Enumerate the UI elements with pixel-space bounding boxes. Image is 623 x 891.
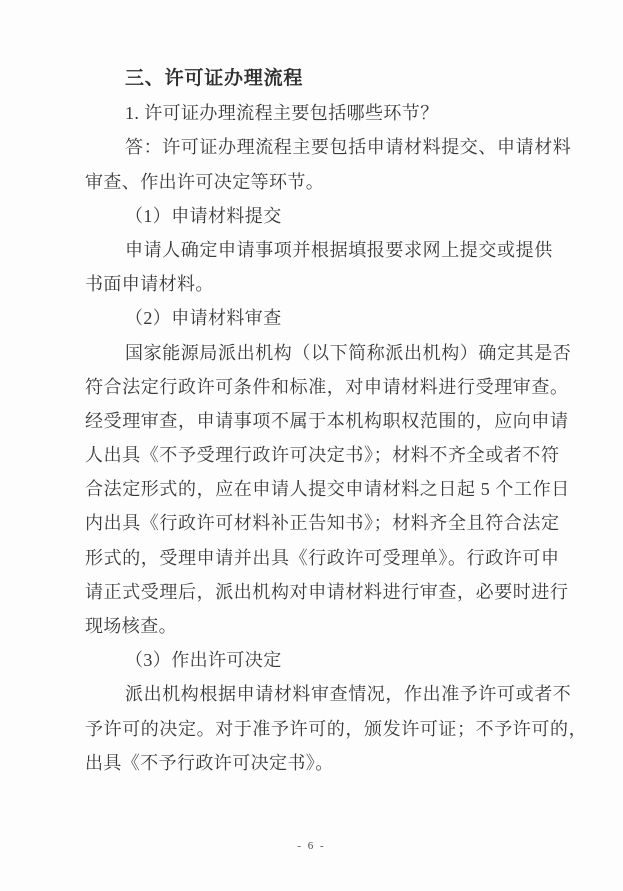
text-line: （2）申请材料审查 <box>85 301 557 335</box>
text-line: 出具《不予行政许可决定书》。 <box>85 746 557 780</box>
text-line: 1. 许可证办理流程主要包括哪些环节？ <box>85 96 557 130</box>
text-line: 符合法定行政许可条件和标准，对申请材料进行受理审查。 <box>85 370 557 404</box>
text-line: 现场核查。 <box>85 609 557 643</box>
text-line: 请正式受理后，派出机构对申请材料进行审查，必要时进行 <box>85 575 557 609</box>
text-line: 国家能源局派出机构（以下简称派出机构）确定其是否 <box>85 336 557 370</box>
text-line: 审查、作出许可决定等环节。 <box>85 165 557 199</box>
text-line: 答：许可证办理流程主要包括申请材料提交、申请材料 <box>85 130 557 164</box>
document-body: 三、许可证办理流程1. 许可证办理流程主要包括哪些环节？答：许可证办理流程主要包… <box>85 62 557 780</box>
text-line: 予许可的决定。对于准予许可的，颁发许可证；不予许可的， <box>85 712 557 746</box>
text-line: 合法定形式的，应在申请人提交申请材料之日起 5 个工作日 <box>85 472 557 506</box>
text-line: 形式的，受理申请并出具《行政许可受理单》。行政许可申 <box>85 541 557 575</box>
text-line: 派出机构根据申请材料审查情况，作出准予许可或者不 <box>85 677 557 711</box>
page-number: - 6 - <box>0 840 623 852</box>
text-line: 内出具《行政许可材料补正告知书》；材料齐全且符合法定 <box>85 506 557 540</box>
text-line: 申请人确定申请事项并根据填报要求网上提交或提供 <box>85 233 557 267</box>
section-heading: 三、许可证办理流程 <box>85 62 557 96</box>
text-line: （3）作出许可决定 <box>85 643 557 677</box>
text-line: 经受理审查，申请事项不属于本机构职权范围的，应向申请 <box>85 404 557 438</box>
text-line: 人出具《不予受理行政许可决定书》；材料不齐全或者不符 <box>85 438 557 472</box>
document-page: 三、许可证办理流程1. 许可证办理流程主要包括哪些环节？答：许可证办理流程主要包… <box>0 0 623 891</box>
text-line: 书面申请材料。 <box>85 267 557 301</box>
text-line: （1）申请材料提交 <box>85 199 557 233</box>
